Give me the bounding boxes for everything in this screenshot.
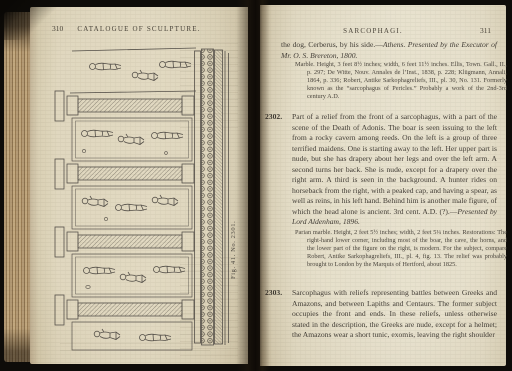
right-page-number: 311 <box>480 26 491 35</box>
sarcophagus-engraving <box>54 47 236 353</box>
left-page: 310 CATALOGUE OF SCULPTURE. <box>30 7 248 364</box>
continuation-place: Athens. <box>383 40 406 49</box>
note-2302: Parian marble. Height, 2 feet 5½ inches;… <box>295 229 507 269</box>
scan-corner-shadow <box>0 0 150 40</box>
entry-2303-description: Sarcophagus with reliefs representing ba… <box>292 288 497 339</box>
book-gutter-shadow <box>236 0 270 371</box>
book-page-edges <box>4 12 32 362</box>
book-scan: 310 CATALOGUE OF SCULPTURE. <box>0 0 512 371</box>
paragraph-2301-continuation: the dog, Cerberus, by his side.—Athens. … <box>281 40 497 61</box>
right-running-head: SARCOPHAGI. <box>260 27 486 35</box>
entry-2302-text: Part of a relief from the front of a sar… <box>292 112 497 228</box>
right-page: SARCOPHAGI. 311 the dog, Cerberus, by hi… <box>260 5 506 366</box>
continuation-text: the dog, Cerberus, by his side.— <box>281 40 383 49</box>
sarcophagus-figure: Fig. 41. No. 2301. <box>54 47 236 353</box>
note-2301: Marble. Height, 3 feet 8½ inches; width,… <box>295 61 507 101</box>
entry-2302-description: Part of a relief from the front of a sar… <box>292 112 497 216</box>
entry-2303-text: Sarcophagus with reliefs representing ba… <box>292 288 497 341</box>
